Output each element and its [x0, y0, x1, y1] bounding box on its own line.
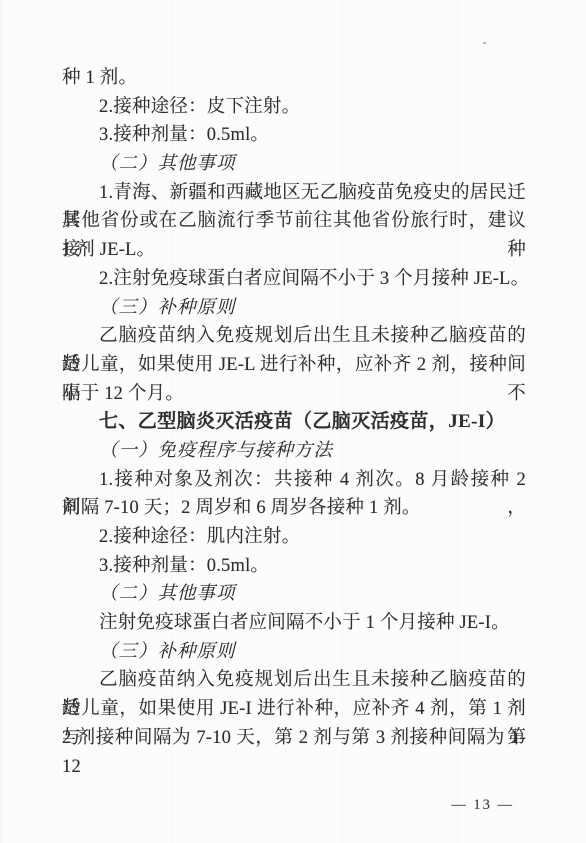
subsection-heading: （二）其他事项: [62, 580, 526, 609]
body-line: 其他省份或在乙脑流行季节前往其他省份旅行时，建议接种: [62, 207, 526, 236]
page-number: — 13 —: [451, 797, 514, 814]
body-line: 乙脑疫苗纳入免疫规划后出生且未接种乙脑疫苗的适: [62, 322, 526, 351]
body-line: 3.接种剂量：0.5ml。: [62, 552, 526, 581]
subsection-heading: （三）补种原则: [62, 638, 526, 667]
subsection-heading: （三）补种原则: [62, 294, 526, 323]
body-line: 1.青海、新疆和西藏地区无乙脑疫苗免疫史的居民迁居: [62, 179, 526, 208]
body-line: 3.接种剂量：0.5ml。: [62, 121, 526, 150]
body-line: 1.接种对象及剂次：共接种 4 剂次。8 月龄接种 2 剂，: [62, 466, 526, 495]
subsection-heading: （二）其他事项: [62, 150, 526, 179]
document-body: 种 1 剂。 2.接种途径：皮下注射。 3.接种剂量：0.5ml。 （二）其他事…: [62, 64, 526, 753]
body-line: 种 1 剂。: [62, 64, 526, 93]
scan-speck: [483, 42, 486, 44]
body-line: 龄儿童，如果使用 JE-I 进行补种，应补齐 4 剂，第 1 剂与第: [62, 695, 526, 724]
body-line: 2 剂接种间隔为 7-10 天，第 2 剂与第 3 剂接种间隔为 1-12: [62, 724, 526, 753]
body-line: 龄儿童，如果使用 JE-L 进行补种，应补齐 2 剂，接种间隔不: [62, 351, 526, 380]
section-heading: 七、乙型脑炎灭活疫苗（乙脑灭活疫苗，JE-I）: [62, 408, 526, 437]
body-line: 2.接种途径：肌内注射。: [62, 523, 526, 552]
body-line: 乙脑疫苗纳入免疫规划后出生且未接种乙脑疫苗的适: [62, 666, 526, 695]
body-line: 注射免疫球蛋白者应间隔不小于 1 个月接种 JE-I。: [62, 609, 526, 638]
body-line: 2.接种途径：皮下注射。: [62, 93, 526, 122]
body-line: 2.注射免疫球蛋白者应间隔不小于 3 个月接种 JE-L。: [62, 265, 526, 294]
subsection-heading: （一）免疫程序与接种方法: [62, 437, 526, 466]
scanned-document-page: 种 1 剂。 2.接种途径：皮下注射。 3.接种剂量：0.5ml。 （二）其他事…: [0, 0, 586, 843]
